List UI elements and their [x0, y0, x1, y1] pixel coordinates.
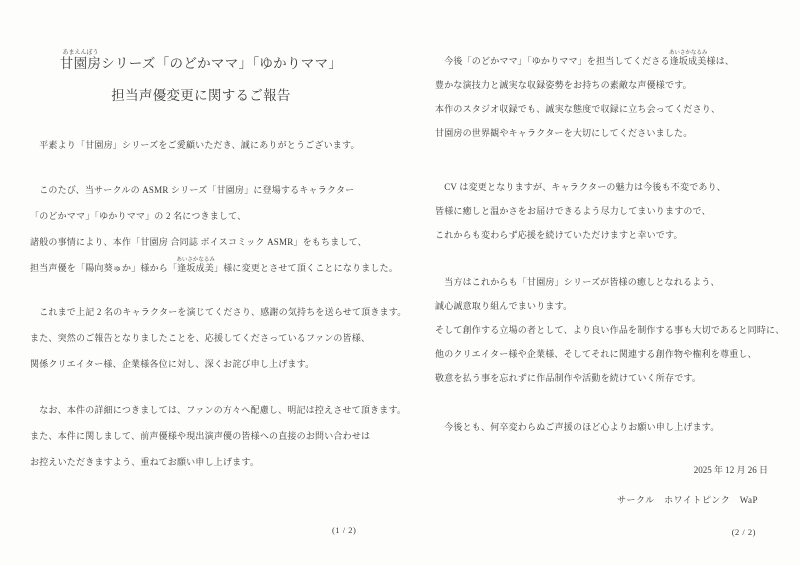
text-line: お控えいただきますよう、重ねてお願い申し上げます。 [30, 449, 406, 475]
actor-name-text: 逢坂成美 [670, 56, 707, 66]
text-line: また、突然のご報告となりましたことを、応援してくださっているファンの皆様、 [30, 325, 406, 351]
title-furigana: あまえんぼう [62, 50, 98, 56]
text-line: 平素より「甘園房」シリーズをご愛顧いただき、誠にありがとうございます。 [30, 132, 360, 158]
paragraph-lines: CV は変更となりますが、キャラクターの魅力は今後も不変であり、皆様に癒しと温か… [435, 175, 726, 247]
document-sheet: あまえんぼう甘園房シリーズ「のどかママ」「ゆかりママ」 担当声優変更に関するご報… [0, 0, 800, 565]
text-line: 関係クリエイター様、企業様各位に対し、深くお詫び申し上げます。 [30, 351, 406, 377]
text-line: 敬意を払う事を忘れずに作品制作や活動を続けていく所存です。 [435, 366, 784, 390]
text-line: CV は変更となりますが、キャラクターの魅力は今後も不変であり、 [435, 175, 726, 199]
text-line: 諸般の事情により、本作「甘園房 合同誌 ボイスコミック ASMR」をもちまして、 [30, 229, 398, 255]
actor-name-furigana: あいさかなるみ [176, 258, 215, 264]
signature-line: サークル ホワイトピンク WaP [617, 493, 758, 507]
text-line: また、本件に関しまして、前声優様や現出演声優の皆様への直接のお問い合わせは [30, 423, 406, 449]
page-number-1: (1 / 2) [332, 523, 356, 537]
text-line: なお、本件の詳細につきましては、ファンの方々へ配慮し、明記は控えさせて頂きます。 [30, 397, 406, 423]
paragraph-lines: 今後とも、何卒変わらぬご声援のほど心よりお願い申し上げます。 [435, 415, 719, 439]
text-line: 他のクリエイター様や企業様、そしてそれに関連する創作物や権利を尊重し、 [435, 342, 784, 366]
text-line: このたび、当サークルの ASMR シリーズ「甘園房」に登場するキャラクター [30, 177, 398, 203]
paragraph-lines: これまで上記 2 名のキャラクターを演じてくださり、感謝の気持ちを送らせて頂きま… [30, 299, 406, 377]
paragraph-cv-change: CV は変更となりますが、キャラクターの魅力は今後も不変であり、皆様に癒しと温か… [435, 175, 726, 247]
actor-name-ruby: あいさかなるみ逢坂成美 [670, 57, 707, 66]
paragraph-lines: 豊かな演技力と誠実な収録姿勢をお持ちの素敵な声優様です。本作のスタジオ収録でも、… [435, 73, 734, 145]
actor-name-text: 逢坂成美 [177, 263, 214, 273]
text-line: 当方はこれからも「甘園房」シリーズが皆様の癒しとなれるよう、 [435, 270, 784, 294]
text-line: 誠心誠意取り組んでまいります。 [435, 294, 784, 318]
text-line: これまで上記 2 名のキャラクターを演じてくださり、感謝の気持ちを送らせて頂きま… [30, 299, 406, 325]
paragraph-commitment: 当方はこれからも「甘園房」シリーズが皆様の癒しとなれるよう、誠心誠意取り組んでま… [435, 270, 784, 390]
page-number-2: (2 / 2) [732, 525, 756, 539]
paragraph-new-actor-intro: 今後「のどかママ」「ゆかりママ」を担当してくださるあいさかなるみ逢坂成美様は、 … [435, 49, 734, 145]
text-line-new-actor: 今後「のどかママ」「ゆかりママ」を担当してくださるあいさかなるみ逢坂成美様は、 [435, 49, 734, 73]
text-line: 本作のスタジオ収録でも、誠実な態度で収録に立ち会ってくださり、 [435, 97, 734, 121]
paragraph-gratitude-apology: これまで上記 2 名のキャラクターを演じてくださり、感謝の気持ちを送らせて頂きま… [30, 299, 406, 377]
text-line: 皆様に癒しと温かさをお届けできるよう尽力してまいりますので、 [435, 199, 726, 223]
paragraph-announcement: このたび、当サークルの ASMR シリーズ「甘園房」に登場するキャラクター「のど… [30, 177, 398, 281]
new-actor-pre: 今後「のどかママ」「ゆかりママ」を担当してくださる [435, 56, 670, 66]
text-line: そして創作する立場の者として、より良い作品を制作する事も大切であると同時に、 [435, 318, 784, 342]
actor-name-furigana: あいさかなるみ [669, 51, 708, 57]
document-title-line-1: あまえんぼう甘園房シリーズ「のどかママ」「ゆかりママ」 [30, 54, 372, 74]
paragraph-lines: 当方はこれからも「甘園房」シリーズが皆様の癒しとなれるよう、誠心誠意取り組んでま… [435, 270, 784, 390]
document-title: あまえんぼう甘園房シリーズ「のどかママ」「ゆかりママ」 担当声優変更に関するご報… [30, 54, 372, 106]
paragraph-lines: このたび、当サークルの ASMR シリーズ「甘園房」に登場するキャラクター「のど… [30, 177, 398, 255]
document-title-line-2: 担当声優変更に関するご報告 [30, 86, 372, 106]
title-base-text: 甘園房 [60, 56, 101, 71]
text-line: 甘園房の世界観やキャラクターを大切にしてくださいました。 [435, 121, 734, 145]
actor-name-ruby: あいさかなるみ逢坂成美 [177, 264, 214, 273]
date-line: 2025 年 12 月 26 日 [694, 463, 768, 477]
cast-change-pre: 担当声優を「陽向葵ゅか」様から「 [30, 263, 177, 273]
text-line-cast-change: 担当声優を「陽向葵ゅか」様から「あいさかなるみ逢坂成美」様に変更とさせて頂くこと… [30, 255, 398, 281]
text-line: 「のどかママ」「ゆかりママ」の 2 名につきまして、 [30, 203, 398, 229]
paragraph-lines: 平素より「甘園房」シリーズをご愛顧いただき、誠にありがとうございます。 [30, 132, 360, 158]
new-actor-post: 様は、 [707, 56, 735, 66]
text-line: 今後とも、何卒変わらぬご声援のほど心よりお願い申し上げます。 [435, 415, 719, 439]
paragraph-closing: 今後とも、何卒変わらぬご声援のほど心よりお願い申し上げます。 [435, 415, 719, 439]
text-line: 豊かな演技力と誠実な収録姿勢をお持ちの素敵な声優様です。 [435, 73, 734, 97]
title-ruby: あまえんぼう甘園房 [60, 57, 101, 71]
cast-change-post: 」様に変更とさせて頂くことになりました。 [214, 263, 398, 273]
text-line: これからも変わらず応援を続けていただけますと幸いです。 [435, 223, 726, 247]
paragraph-greeting: 平素より「甘園房」シリーズをご愛顧いただき、誠にありがとうございます。 [30, 132, 360, 158]
paragraph-lines: なお、本件の詳細につきましては、ファンの方々へ配慮し、明記は控えさせて頂きます。… [30, 397, 406, 475]
title-text: シリーズ「のどかママ」「ゆかりママ」 [101, 56, 342, 71]
paragraph-request: なお、本件の詳細につきましては、ファンの方々へ配慮し、明記は控えさせて頂きます。… [30, 397, 406, 475]
